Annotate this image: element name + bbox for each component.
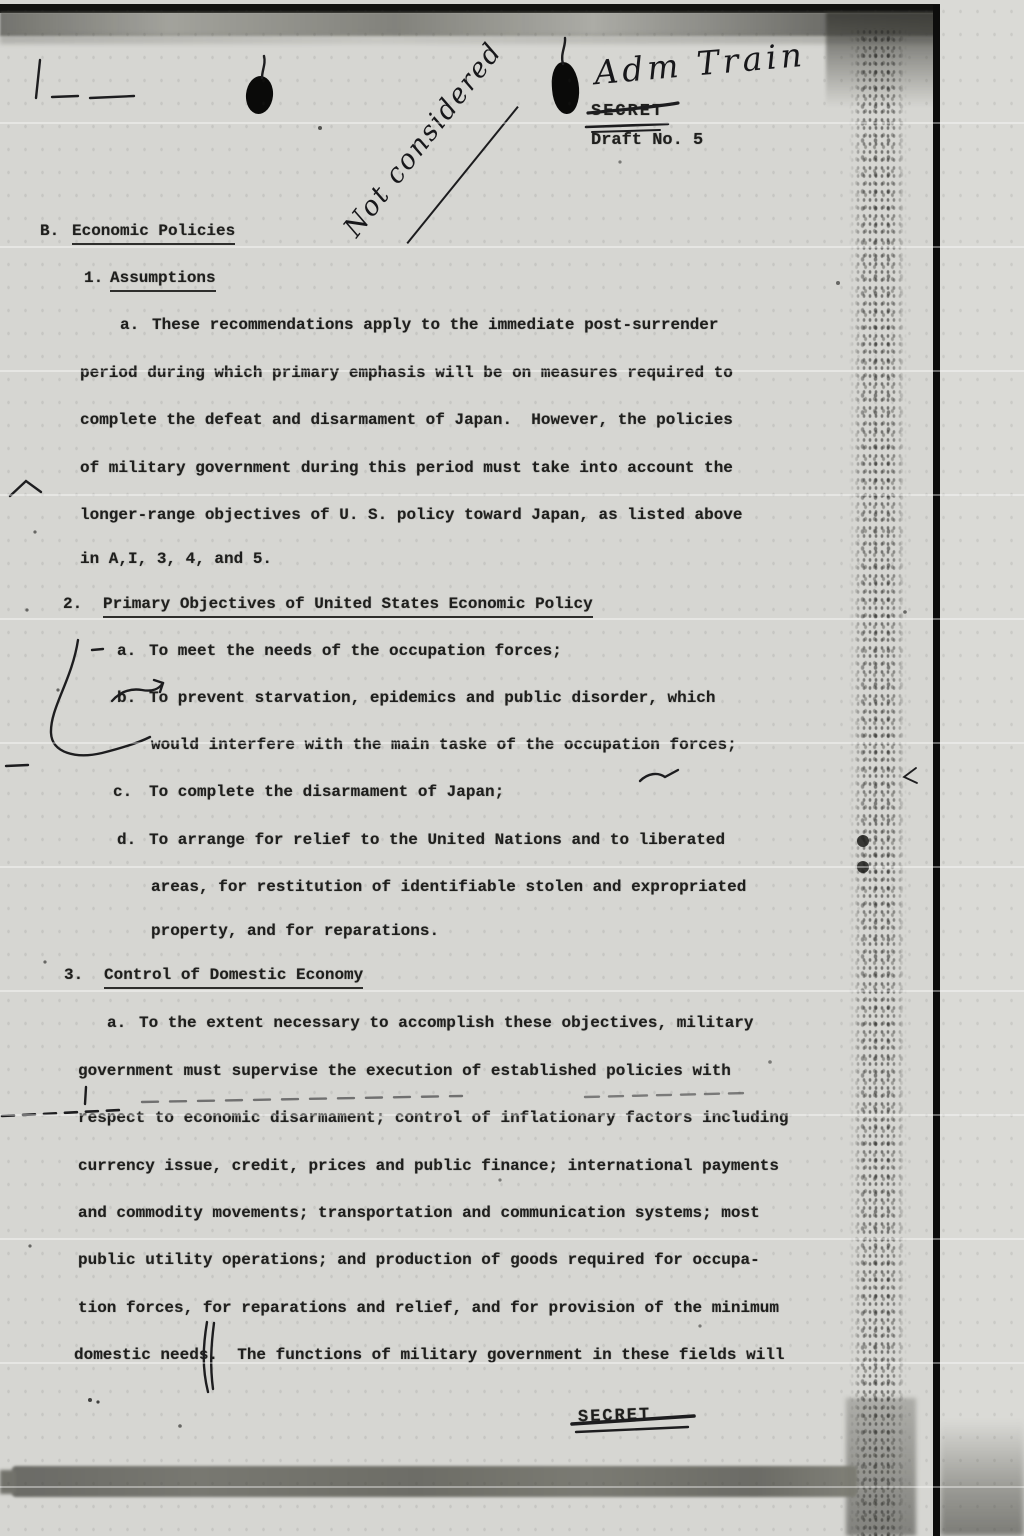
top-scan-mottle xyxy=(0,12,941,36)
draft-number-label: Draft No. 5 xyxy=(591,131,703,151)
right-outer-margin xyxy=(940,0,1024,1536)
subsection-2-title: Primary Objectives of United States Econ… xyxy=(103,594,593,618)
bottom-smudge-band xyxy=(12,1466,857,1497)
typed-line: would interfere with the main taske of t… xyxy=(151,735,737,755)
typed-line: domestic needs. The functions of militar… xyxy=(74,1345,785,1365)
item-label: a. xyxy=(117,641,136,661)
item-label: a. xyxy=(120,315,139,335)
subsection-3-title: Control of Domestic Economy xyxy=(104,965,363,989)
margin-tick-mark xyxy=(36,60,40,98)
secret-stamp-top: SECRET xyxy=(591,102,664,122)
typed-line: To meet the needs of the occupation forc… xyxy=(149,641,562,661)
typed-line: in A,I, 3, 4, and 5. xyxy=(80,549,272,569)
subsection-2-number: 2. xyxy=(63,594,82,614)
right-speckle-bottom xyxy=(846,1398,916,1536)
pencil-overline xyxy=(142,1096,462,1102)
secret-underline xyxy=(586,124,668,127)
right-speckle-band xyxy=(849,28,907,1536)
section-title: Economic Policies xyxy=(72,221,235,245)
typed-line: To arrange for relief to the United Nati… xyxy=(149,830,725,850)
margin-dash-mark xyxy=(90,96,134,98)
typed-line: To complete the disarmament of Japan; xyxy=(149,782,504,802)
secret-stamp-bottom: SECRET xyxy=(578,1406,652,1429)
typed-line: areas, for restitution of identifiable s… xyxy=(151,877,746,897)
section-letter: B. xyxy=(40,221,59,241)
typed-line: government must supervise the execution … xyxy=(78,1061,731,1081)
typed-line: To the extent necessary to accomplish th… xyxy=(139,1013,754,1033)
typed-line: complete the defeat and disarmament of J… xyxy=(80,410,733,430)
bottom-left-smudge xyxy=(0,1470,16,1494)
right-binding-line xyxy=(933,5,940,1536)
margin-dash-mark xyxy=(6,765,28,766)
subsection-1-title: Assumptions xyxy=(110,268,216,292)
typed-line: and commodity movements; transportation … xyxy=(78,1203,760,1223)
typed-line: To prevent starvation, epidemics and pub… xyxy=(149,688,716,708)
typed-line: public utility operations; and productio… xyxy=(78,1250,760,1270)
ink-blot xyxy=(244,75,275,116)
item-label: c. xyxy=(113,782,132,802)
ink-blot xyxy=(550,61,581,115)
margin-tick-mark xyxy=(85,1087,86,1104)
margin-dash-mark xyxy=(92,649,103,650)
squiggle-mark xyxy=(640,770,678,781)
pencil-overline xyxy=(585,1093,748,1097)
item-label: b. xyxy=(117,688,136,708)
typed-line: period during which primary emphasis wil… xyxy=(80,363,733,383)
margin-dash-mark xyxy=(52,96,78,97)
typed-line: longer-range objectives of U. S. policy … xyxy=(80,505,743,525)
right-outer-bottom-smudge xyxy=(940,1420,1024,1536)
handwritten-diagonal-note: Not considered xyxy=(338,36,509,243)
scanned-document-page: { "colors": { "paper": "#d6d6d2", "ink":… xyxy=(0,0,1024,1536)
subsection-1-number: 1. xyxy=(84,268,103,288)
margin-caret-mark xyxy=(10,481,41,496)
item-label: a. xyxy=(107,1013,126,1033)
typed-line: These recommendations apply to the immed… xyxy=(152,315,719,335)
typed-line: of military government during this perio… xyxy=(80,458,733,478)
typed-line: respect to economic disarmament; control… xyxy=(78,1108,789,1128)
typed-line: tion forces, for reparations and relief,… xyxy=(78,1298,779,1318)
subsection-3-number: 3. xyxy=(64,965,83,985)
typed-line: currency issue, credit, prices and publi… xyxy=(78,1156,779,1176)
item-label: d. xyxy=(117,830,136,850)
typed-line: property, and for reparations. xyxy=(151,921,439,941)
ink-blot-stem xyxy=(262,56,265,78)
